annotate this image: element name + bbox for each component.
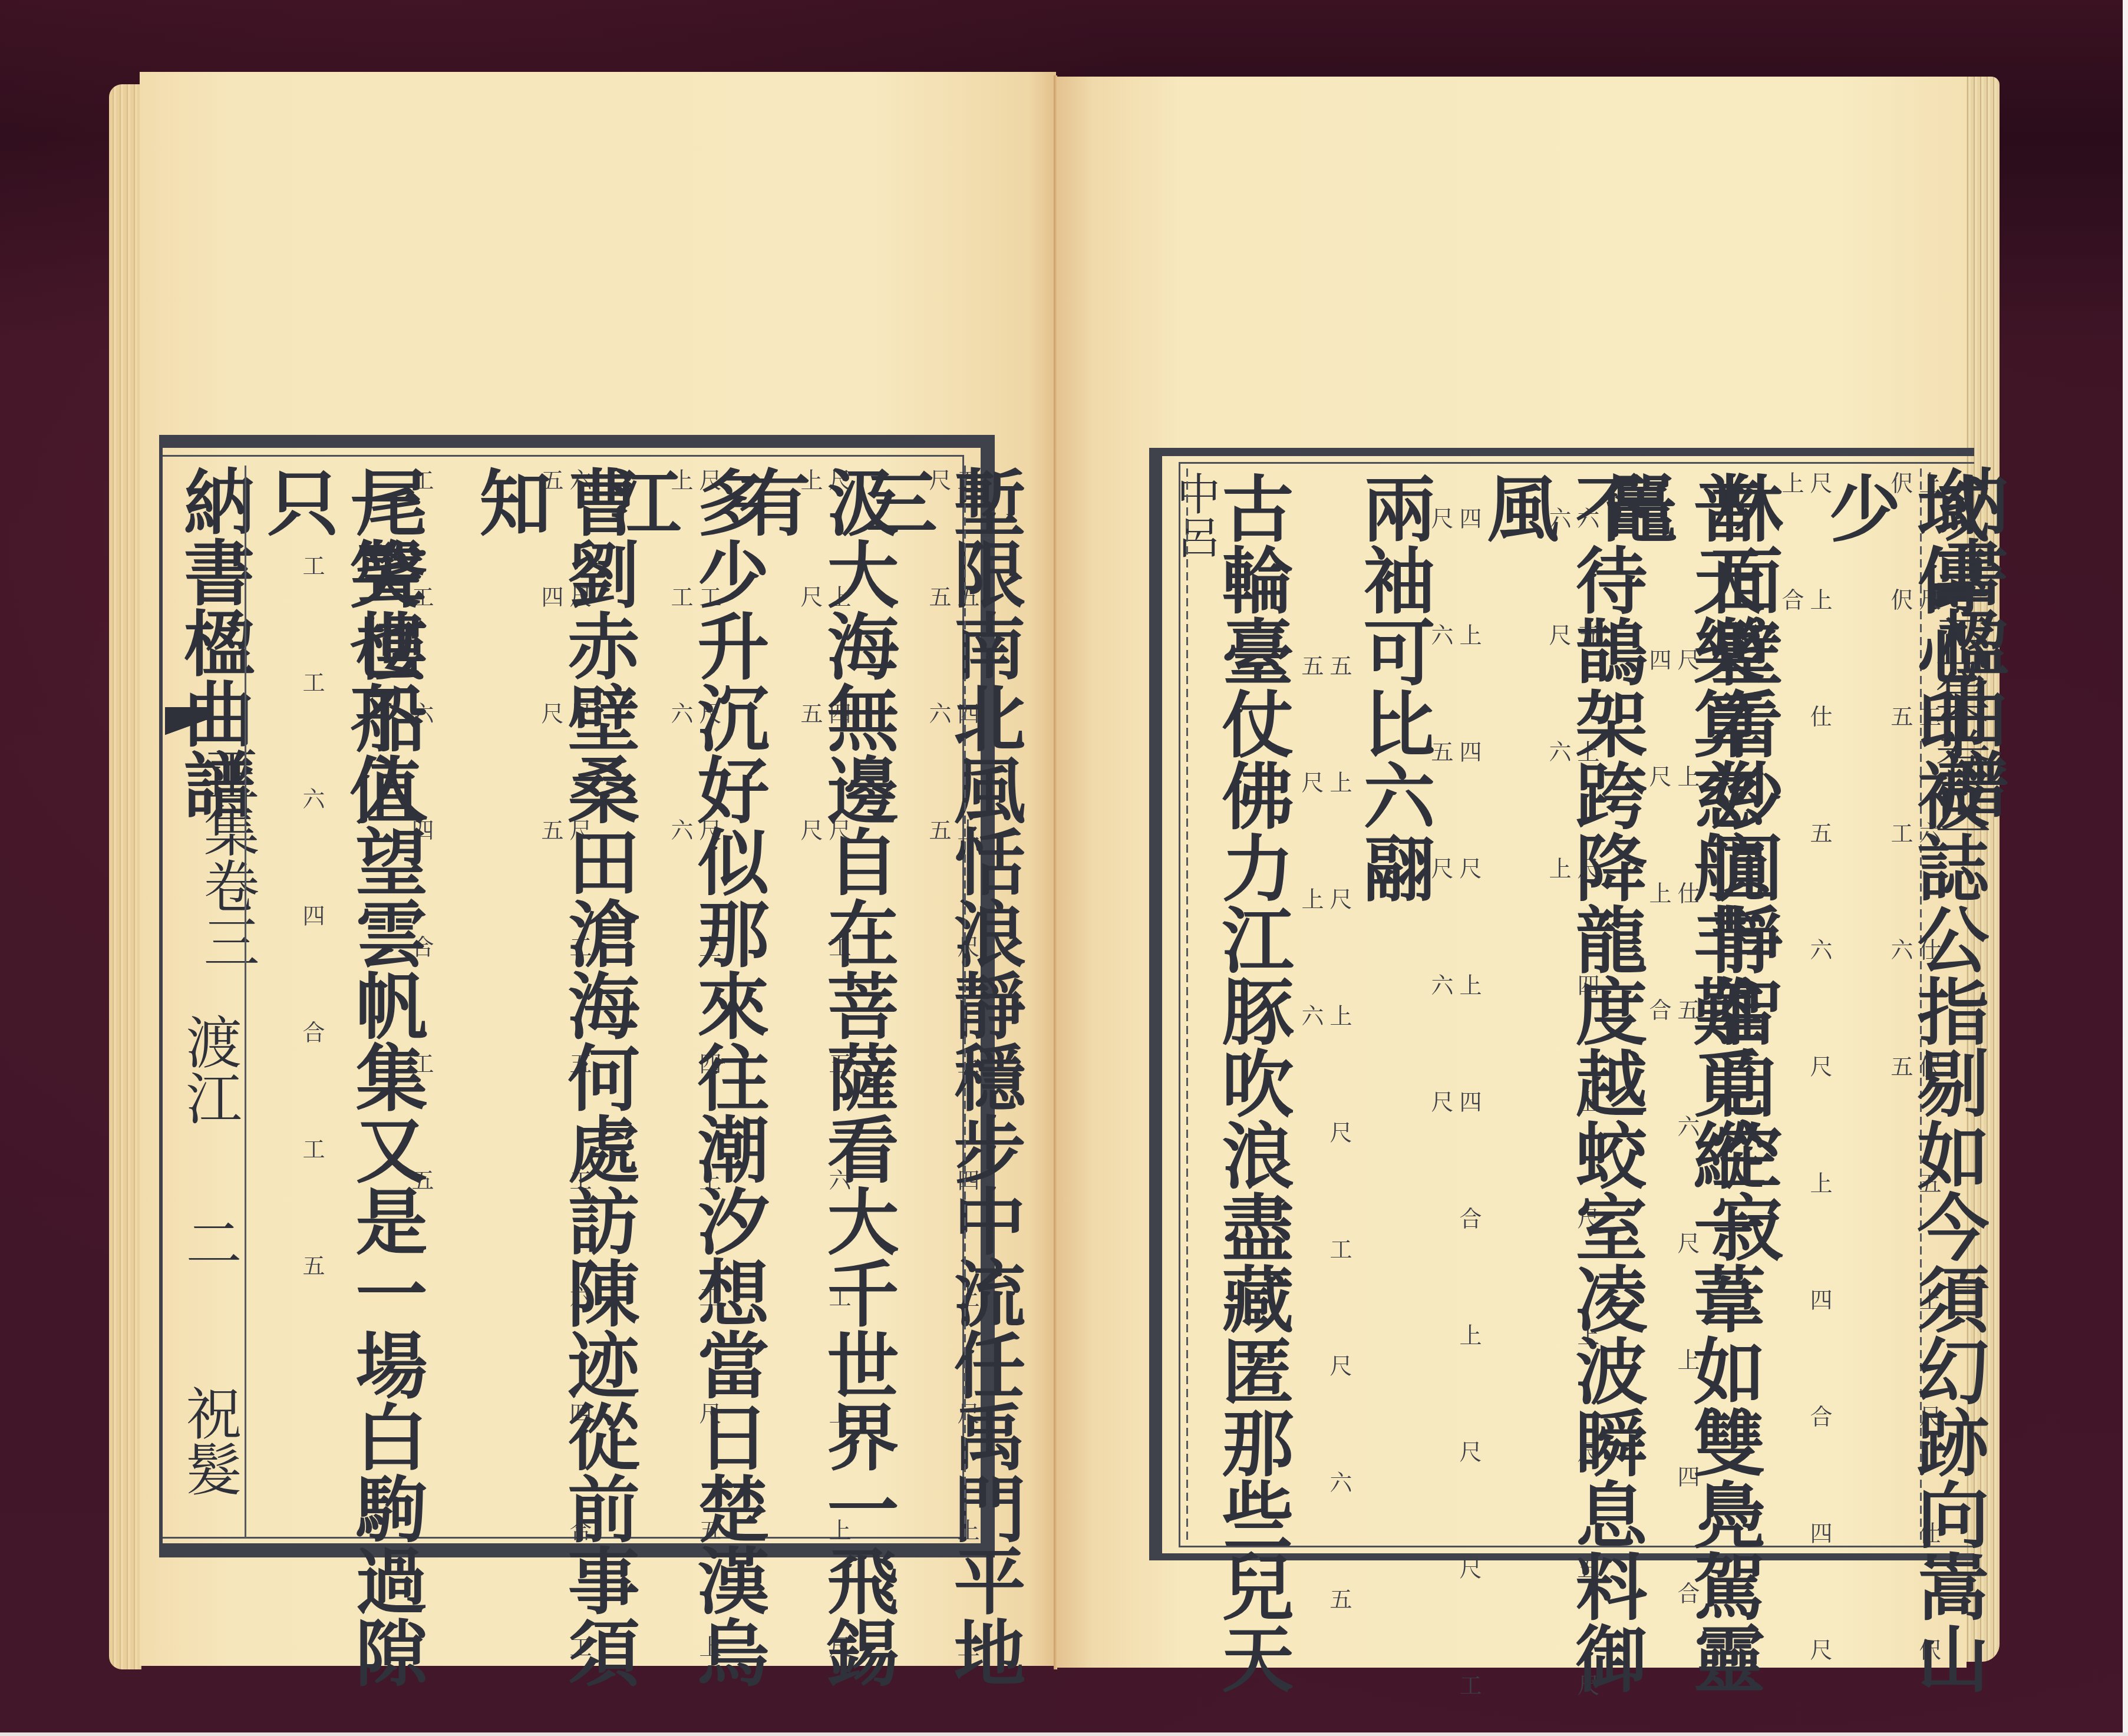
page-stack-left: [109, 84, 141, 1669]
column-rule: [1186, 468, 1188, 1541]
lyric-column: 尾聲樓船入望雲帆集又是一場白駒過隙只: [253, 466, 430, 1736]
fishtail-mark: [165, 707, 209, 741]
spine-divider: [245, 466, 246, 1538]
column-rule: [964, 466, 966, 1538]
lyric-column: 不待鵲架跨降龍度越蛟室凌波瞬息料御風: [1473, 471, 1650, 1736]
lyric-column: 域傳心印被誌公指剔如今須幻跡向嵩山少: [1815, 471, 1992, 1736]
lyric-column: 曹劉赤壁桑田滄海何處訪陳迹從前事須知: [466, 466, 642, 1736]
spine-next-scene: 祝髮: [177, 1385, 242, 1497]
lyric-column: 古輪臺仗佛力江豚吹浪盡藏匿那些兒天: [1208, 471, 1296, 1694]
lyric-column: 兩袖可比六翮: [1350, 471, 1438, 903]
book-gutter: [1054, 75, 1057, 1669]
spine-scene: 渡江: [177, 1014, 242, 1126]
scan-edge-strip: [2123, 0, 2128, 1736]
spine-volume: 正集卷三: [194, 745, 259, 969]
spine-page-number: 二: [177, 1214, 242, 1270]
notation-column: 五 上 尺 上 尺 工 尺 六 五 五 尺 上 六: [1296, 654, 1353, 1736]
